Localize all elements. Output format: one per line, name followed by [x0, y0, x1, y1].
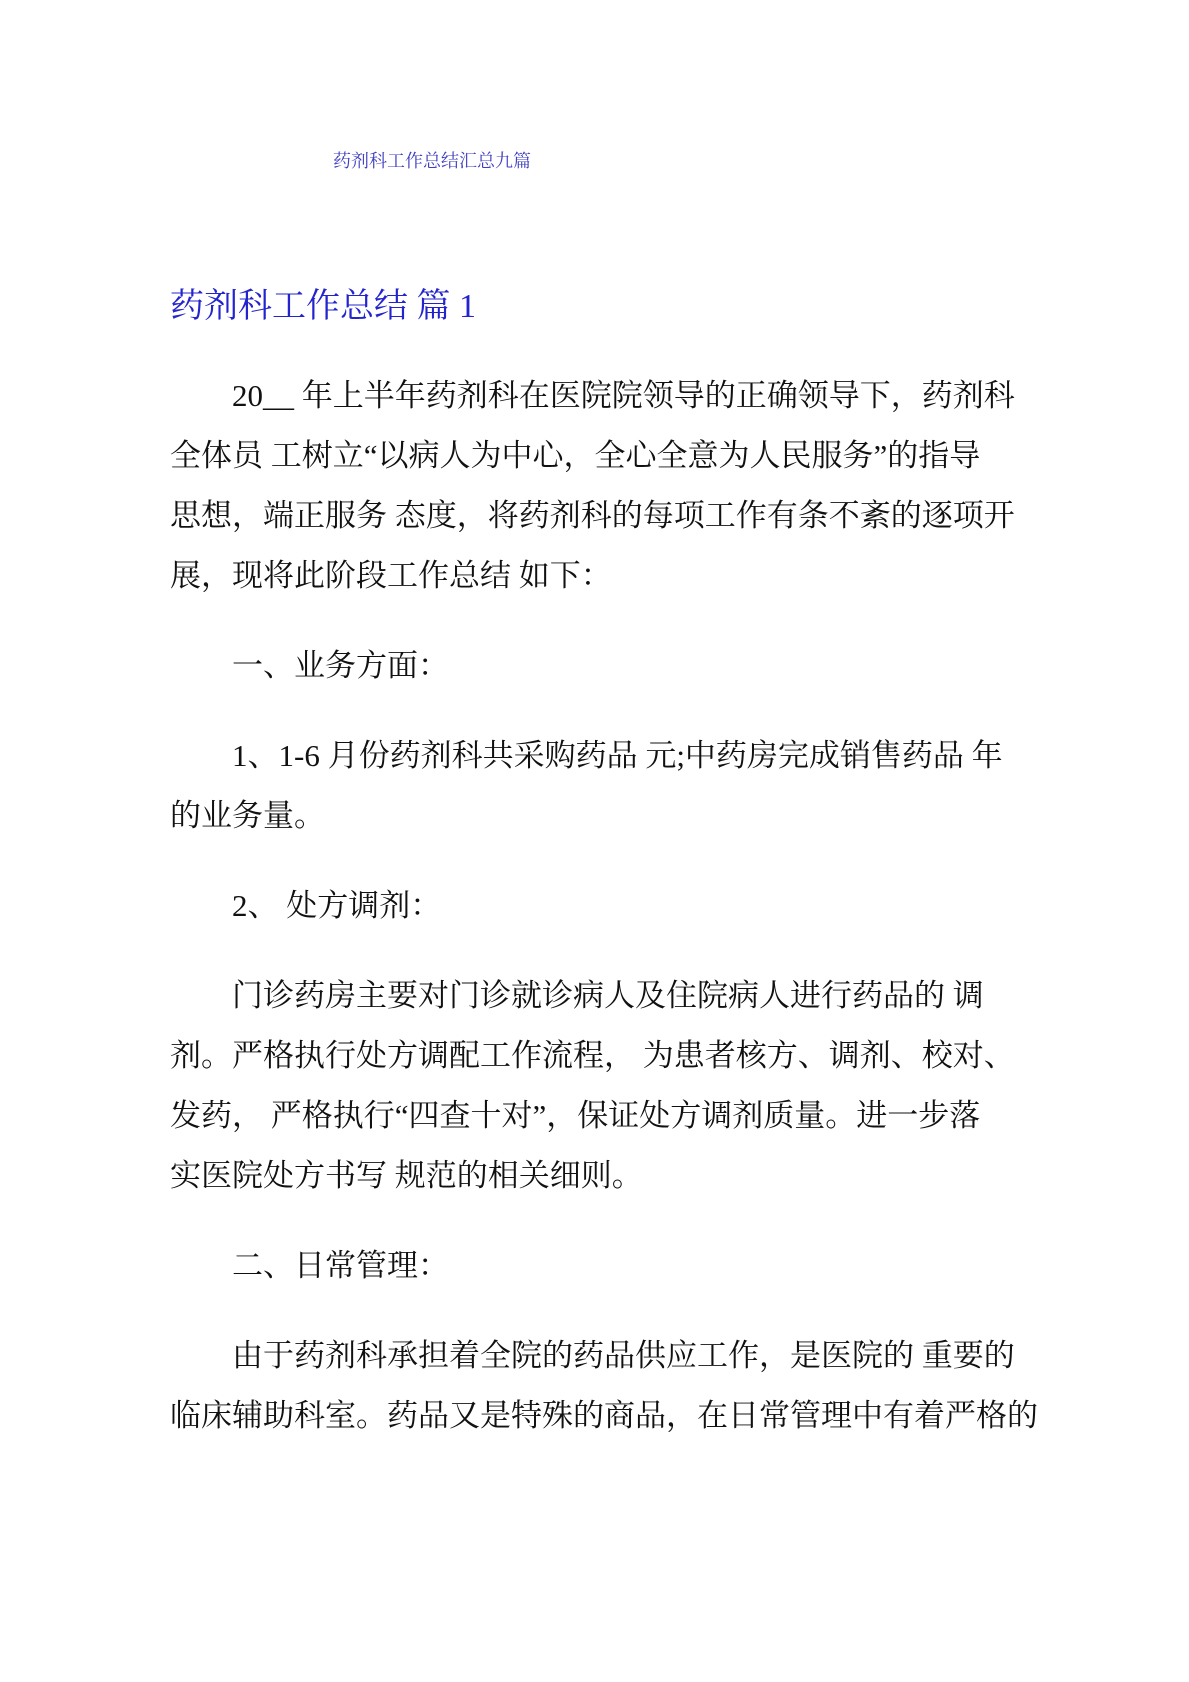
text-line: 全体员 工树立“以病人为中心，全心全意为人民服务”的指导 — [170, 426, 1040, 486]
paragraph: 门诊药房主要对门诊就诊病人及住院病人进行药品的 调剂。严格执行处方调配工作流程，… — [170, 966, 1040, 1206]
text-line: 思想，端正服务 态度，将药剂科的每项工作有条不紊的逐项开 — [170, 486, 1040, 546]
section-heading: 一、业务方面： — [170, 636, 1040, 696]
text-line: 二、日常管理： — [170, 1236, 1040, 1296]
text-line: 发药， 严格执行“四查十对”，保证处方调剂质量。进一步落 — [170, 1086, 1040, 1146]
text-line: 一、业务方面： — [170, 636, 1040, 696]
paragraph: 1、1-6 月份药剂科共采购药品 元;中药房完成销售药品 年的业务量。 — [170, 726, 1040, 846]
document-header-note: 药剂科工作总结汇总九篇 — [333, 150, 1040, 172]
text-line: 门诊药房主要对门诊就诊病人及住院病人进行药品的 调 — [170, 966, 1040, 1026]
text-line: 的业务量。 — [170, 786, 1040, 846]
text-line: 实医院处方书写 规范的相关细则。 — [170, 1146, 1040, 1206]
text-line: 1、1-6 月份药剂科共采购药品 元;中药房完成销售药品 年 — [170, 726, 1040, 786]
text-line: 由于药剂科承担着全院的药品供应工作，是医院的 重要的 — [170, 1326, 1040, 1386]
text-line: 2、 处方调剂： — [170, 876, 1040, 936]
text-line: 剂。严格执行处方调配工作流程， 为患者核方、调剂、校对、 — [170, 1026, 1040, 1086]
text-line: 临床辅助科室。药品又是特殊的商品，在日常管理中有着严格的 — [170, 1386, 1040, 1446]
text-line: 20__ 年上半年药剂科在医院院领导的正确领导下，药剂科 — [170, 366, 1040, 426]
page-title: 药剂科工作总结 篇 1 — [170, 281, 1040, 333]
paragraph: 由于药剂科承担着全院的药品供应工作，是医院的 重要的临床辅助科室。药品又是特殊的… — [170, 1326, 1040, 1446]
paragraph: 20__ 年上半年药剂科在医院院领导的正确领导下，药剂科全体员 工树立“以病人为… — [170, 366, 1040, 606]
text-line: 展，现将此阶段工作总结 如下： — [170, 546, 1040, 606]
section-heading: 二、日常管理： — [170, 1236, 1040, 1296]
section-heading: 2、 处方调剂： — [170, 876, 1040, 936]
document-body: 20__ 年上半年药剂科在医院院领导的正确领导下，药剂科全体员 工树立“以病人为… — [170, 366, 1040, 1446]
document-page: 药剂科工作总结汇总九篇 药剂科工作总结 篇 1 20__ 年上半年药剂科在医院院… — [0, 0, 1189, 1682]
